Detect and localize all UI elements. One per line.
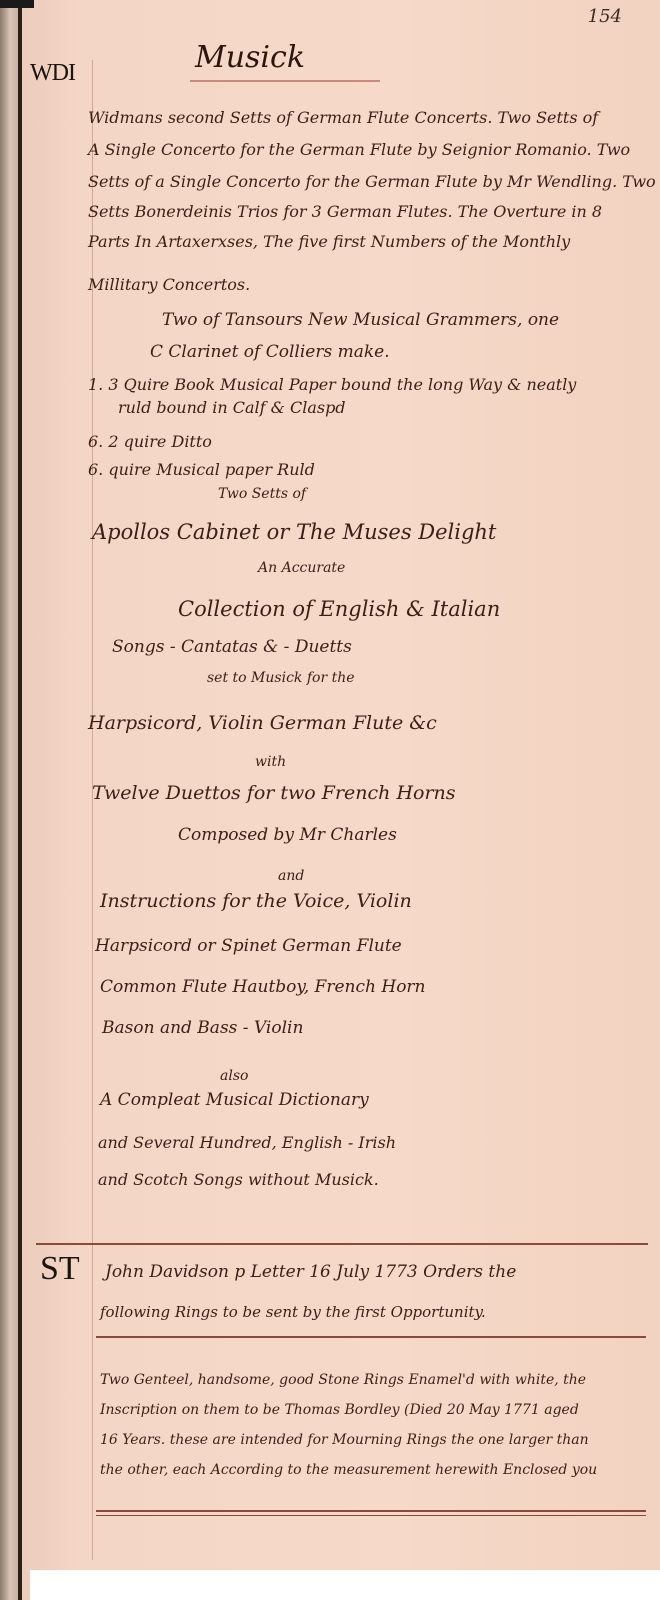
spine-edge (18, 0, 22, 1600)
entry-line: 6. quire Musical paper Ruld (88, 460, 315, 480)
entry-line: Widmans second Setts of German Flute Con… (88, 108, 598, 128)
entry-line: Setts of a Single Concerto for the Germa… (88, 172, 656, 192)
entry-line: and Scotch Songs without Musick. (98, 1170, 379, 1190)
entry-line: Millitary Concertos. (88, 275, 250, 295)
section-title: Musick (195, 40, 305, 75)
entry-line: Apollos Cabinet or The Muses Delight (92, 520, 496, 544)
entry-line: Two Genteel, handsome, good Stone Rings … (100, 1370, 586, 1390)
entry-line: Harpsicord, Violin German Flute &c (88, 712, 437, 734)
entry-line: also (220, 1066, 248, 1086)
entry-line: Common Flute Hautboy, French Horn (100, 977, 426, 997)
section-divider (36, 1243, 648, 1245)
entry-end-rule-double (96, 1515, 646, 1516)
entry-line: following Rings to be sent by the first … (100, 1302, 486, 1322)
entry-line: Parts In Artaxerxses, The five first Num… (88, 232, 570, 252)
entry-line: A Single Concerto for the German Flute b… (88, 140, 630, 160)
entry-end-rule (96, 1510, 646, 1512)
entry-line: Two of Tansours New Musical Grammers, on… (162, 310, 559, 330)
margin-stamp-st: ST (40, 1250, 80, 1288)
entry-line: 1. 3 Quire Book Musical Paper bound the … (88, 375, 576, 395)
header-underline (96, 1336, 646, 1338)
entry-line: set to Musick for the (207, 668, 355, 688)
entry-line: Composed by Mr Charles (178, 825, 397, 845)
torn-bottom-edge (30, 1570, 660, 1600)
entry-line: An Accurate (258, 558, 345, 578)
entry-line: C Clarinet of Colliers make. (150, 342, 390, 362)
manuscript-page: 154 WDI Musick Widmans second Setts of G… (0, 0, 660, 1600)
entry-line: John Davidson p Letter 16 July 1773 Orde… (105, 1262, 516, 1282)
entry-line: and Several Hundred, English - Irish (98, 1133, 396, 1153)
entry-line: Instructions for the Voice, Violin (100, 890, 412, 912)
entry-line: Songs - Cantatas & - Duetts (112, 637, 352, 657)
entry-line: 16 Years. these are intended for Mournin… (100, 1430, 589, 1450)
entry-line: with (255, 752, 286, 772)
entry-line: Setts Bonerdeinis Trios for 3 German Flu… (88, 202, 602, 222)
entry-line: Two Setts of (218, 484, 306, 504)
entry-line: Harpsicord or Spinet German Flute (95, 936, 402, 956)
scan-edge (0, 0, 34, 8)
entry-line: Collection of English & Italian (178, 597, 500, 621)
page-number: 154 (588, 6, 622, 27)
entry-line: and (278, 866, 304, 886)
margin-stamp-wdi: WDI (30, 60, 75, 87)
entry-line: ruld bound in Calf & Claspd (118, 398, 346, 418)
entry-line: Inscription on them to be Thomas Bordley… (100, 1400, 579, 1420)
entry-line: Bason and Bass - Violin (102, 1018, 303, 1038)
entry-line: A Compleat Musical Dictionary (100, 1090, 369, 1110)
entry-line: Twelve Duettos for two French Horns (92, 782, 456, 804)
title-underline (190, 80, 380, 82)
entry-line: the other, each According to the measure… (100, 1460, 597, 1480)
entry-line: 6. 2 quire Ditto (88, 432, 212, 452)
